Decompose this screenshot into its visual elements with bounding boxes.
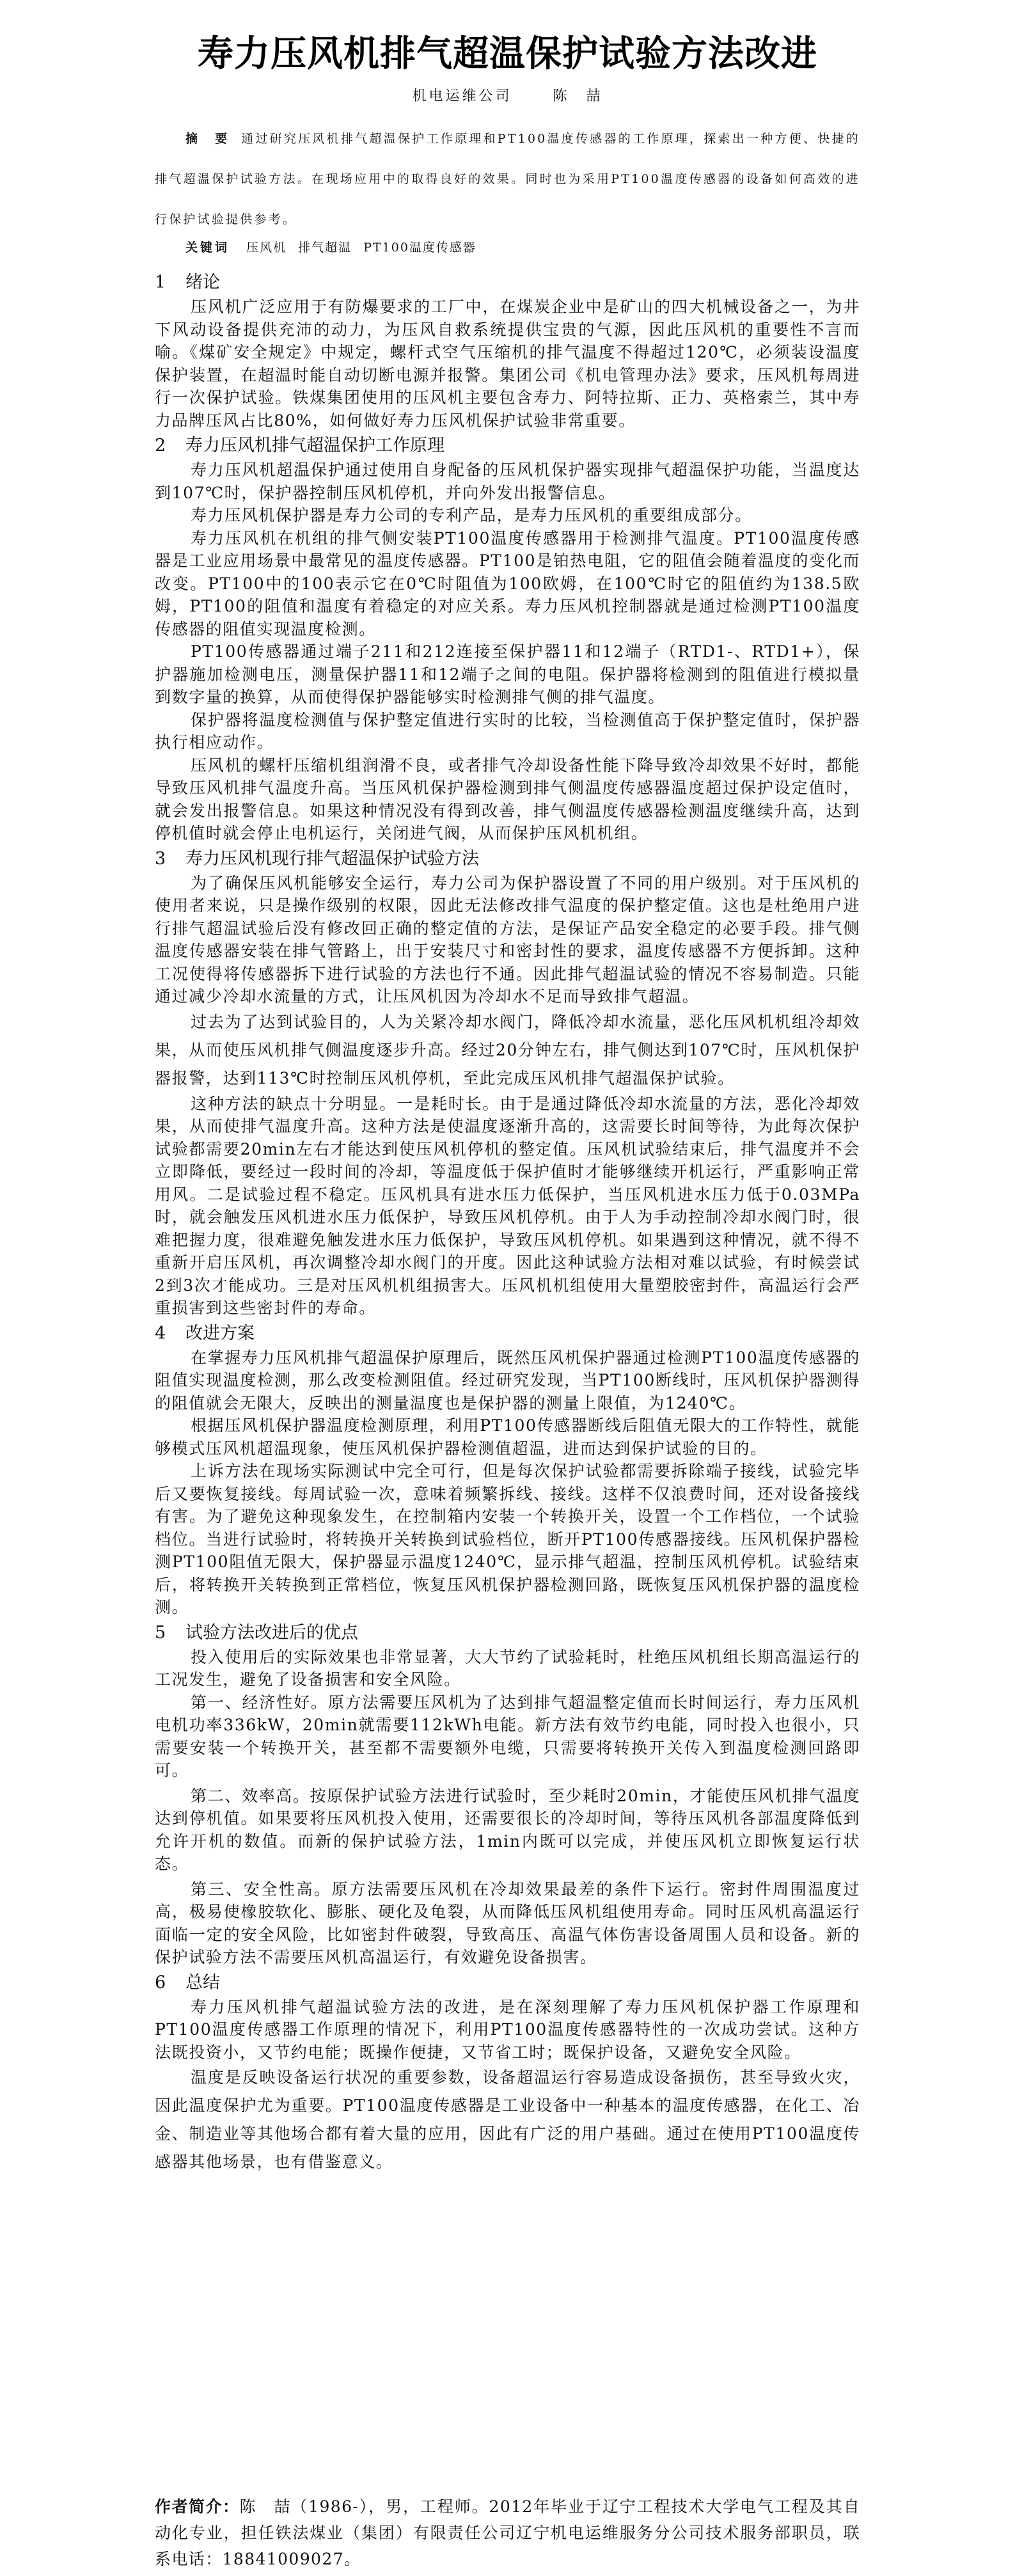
author-organization: 机电运维公司	[412, 88, 512, 104]
section-title: 寿力压风机排气超温保护工作原理	[185, 436, 445, 455]
section-number: 4	[155, 1321, 185, 1347]
paragraph: 根据压风机保护器温度检测原理，利用PT100传感器断线后阻值无限大的工作特性，就…	[155, 1414, 860, 1460]
section-number: 6	[155, 1970, 185, 1996]
paragraph: 投入使用后的实际效果也非常显著，大大节约了试验耗时，杜绝压风机组长期高温运行的工…	[155, 1646, 860, 1691]
section-heading: 5试验方法改进后的优点	[155, 1619, 860, 1646]
article-body: 1绪论 压风机广泛应用于有防爆要求的工厂中，在煤炭企业中是矿山的四大机械设备之一…	[155, 269, 860, 2176]
paragraph: 这种方法的缺点十分明显。一是耗时长。由于是通过降低冷却水流量的方法，恶化冷却效果…	[155, 1093, 860, 1320]
section-title: 绪论	[185, 273, 220, 292]
paragraph: 压风机广泛应用于有防爆要求的工厂中，在煤炭企业中是矿山的四大机械设备之一，为井下…	[155, 296, 860, 432]
section-heading: 6总结	[155, 1969, 860, 1996]
paragraph: 保护器将温度检测值与保护整定值进行实时的比较，当检测值高于保护整定值时，保护器执…	[155, 709, 860, 754]
paragraph: 寿力压风机排气超温试验方法的改进，是在深刻理解了寿力压风机保护器工作原理和PT1…	[155, 1996, 860, 2064]
section-number: 3	[155, 846, 185, 872]
author-name: 陈 喆	[553, 88, 603, 104]
section-heading: 4改进方案	[155, 1320, 860, 1347]
section-conclusion: 6总结 寿力压风机排气超温试验方法的改进，是在深刻理解了寿力压风机保护器工作原理…	[155, 1969, 860, 2177]
section-title: 改进方案	[185, 1324, 255, 1343]
keyword-item: 排气超温	[298, 241, 352, 255]
section-heading: 3寿力压风机现行排气超温保护试验方法	[155, 845, 860, 872]
abstract-label: 摘 要	[185, 132, 230, 146]
abstract-text: 通过研究压风机排气超温保护工作原理和PT100温度传感器的工作原理，探索出一种方…	[155, 132, 860, 226]
paragraph: 压风机的螺杆压缩机组润滑不良，或者排气冷却设备性能下降导致冷却效果不好时，都能导…	[155, 754, 860, 845]
paragraph: 上诉方法在现场实际测试中完全可行，但是每次保护试验都需要拆除端子接线，试验完毕后…	[155, 1460, 860, 1619]
section-improvement-plan: 4改进方案 在掌握寿力压风机排气超温保护原理后，既然压风机保护器通过检测PT10…	[155, 1320, 860, 1619]
section-number: 1	[155, 270, 185, 296]
section-heading: 1绪论	[155, 269, 860, 296]
section-title: 试验方法改进后的优点	[185, 1623, 358, 1643]
paragraph: 寿力压风机在机组的排气侧安装PT100温度传感器用于检测排气温度。PT100温度…	[155, 527, 860, 641]
paragraph: 在掌握寿力压风机排气超温保护原理后，既然压风机保护器通过检测PT100温度传感器…	[155, 1347, 860, 1415]
paragraph: 第三、安全性高。原方法需要压风机在冷却效果最差的条件下运行。密封件周围温度过高，…	[155, 1878, 860, 1969]
section-title: 总结	[185, 1973, 220, 1993]
abstract: 摘 要通过研究压风机排气超温保护工作原理和PT100温度传感器的工作原理，探索出…	[155, 119, 860, 240]
section-number: 2	[155, 433, 185, 459]
author-bio-text: 陈 喆（1986-），男，工程师。2012年毕业于辽宁工程技术大学电气工程及其自…	[155, 2497, 860, 2568]
author-bio-label: 作者简介：	[155, 2497, 240, 2516]
section-introduction: 1绪论 压风机广泛应用于有防爆要求的工厂中，在煤炭企业中是矿山的四大机械设备之一…	[155, 269, 860, 432]
paragraph: 为了确保压风机能够安全运行，寿力公司为保护器设置了不同的用户级别。对于压风机的使…	[155, 872, 860, 1008]
keywords: 关键词 压风机 排气超温 PT100温度传感器	[155, 238, 860, 257]
paragraph: 温度是反映设备运行状况的重要参数，设备超温运行容易造成设备损伤，甚至导致火灾，因…	[155, 2064, 860, 2176]
section-current-test-method: 3寿力压风机现行排气超温保护试验方法 为了确保压风机能够安全运行，寿力公司为保护…	[155, 845, 860, 1320]
section-heading: 2寿力压风机排气超温保护工作原理	[155, 432, 860, 459]
section-working-principle: 2寿力压风机排气超温保护工作原理 寿力压风机超温保护通过使用自身配备的压风机保护…	[155, 432, 860, 845]
paper-title: 寿力压风机排气超温保护试验方法改进	[0, 32, 1015, 77]
keyword-item: PT100温度传感器	[363, 241, 476, 255]
section-number: 5	[155, 1620, 185, 1646]
keywords-label: 关键词	[185, 241, 230, 255]
paragraph: 过去为了达到试验目的，人为关紧冷却水阀门，降低冷却水流量，恶化压风机机组冷却效果…	[155, 1008, 860, 1093]
keyword-item: 压风机	[246, 241, 287, 255]
paragraph: 第二、效率高。按原保护试验方法进行试验时，至少耗时20min，才能使压风机排气温…	[155, 1785, 860, 1876]
author-line: 机电运维公司 陈 喆	[0, 87, 1015, 106]
author-bio: 作者简介：陈 喆（1986-），男，工程师。2012年毕业于辽宁工程技术大学电气…	[155, 2493, 860, 2572]
section-advantages: 5试验方法改进后的优点 投入使用后的实际效果也非常显著，大大节约了试验耗时，杜绝…	[155, 1619, 860, 1969]
paragraph: 寿力压风机保护器是寿力公司的专利产品，是寿力压风机的重要组成部分。	[155, 504, 860, 527]
section-title: 寿力压风机现行排气超温保护试验方法	[185, 849, 479, 869]
paragraph: 寿力压风机超温保护通过使用自身配备的压风机保护器实现排气超温保护功能，当温度达到…	[155, 459, 860, 504]
paragraph: 第一、经济性好。原方法需要压风机为了达到排气超温整定值而长时间运行，寿力压风机电…	[155, 1691, 860, 1782]
paragraph: PT100传感器通过端子211和212连接至保护器11和12端子（RTD1-、R…	[155, 640, 860, 709]
